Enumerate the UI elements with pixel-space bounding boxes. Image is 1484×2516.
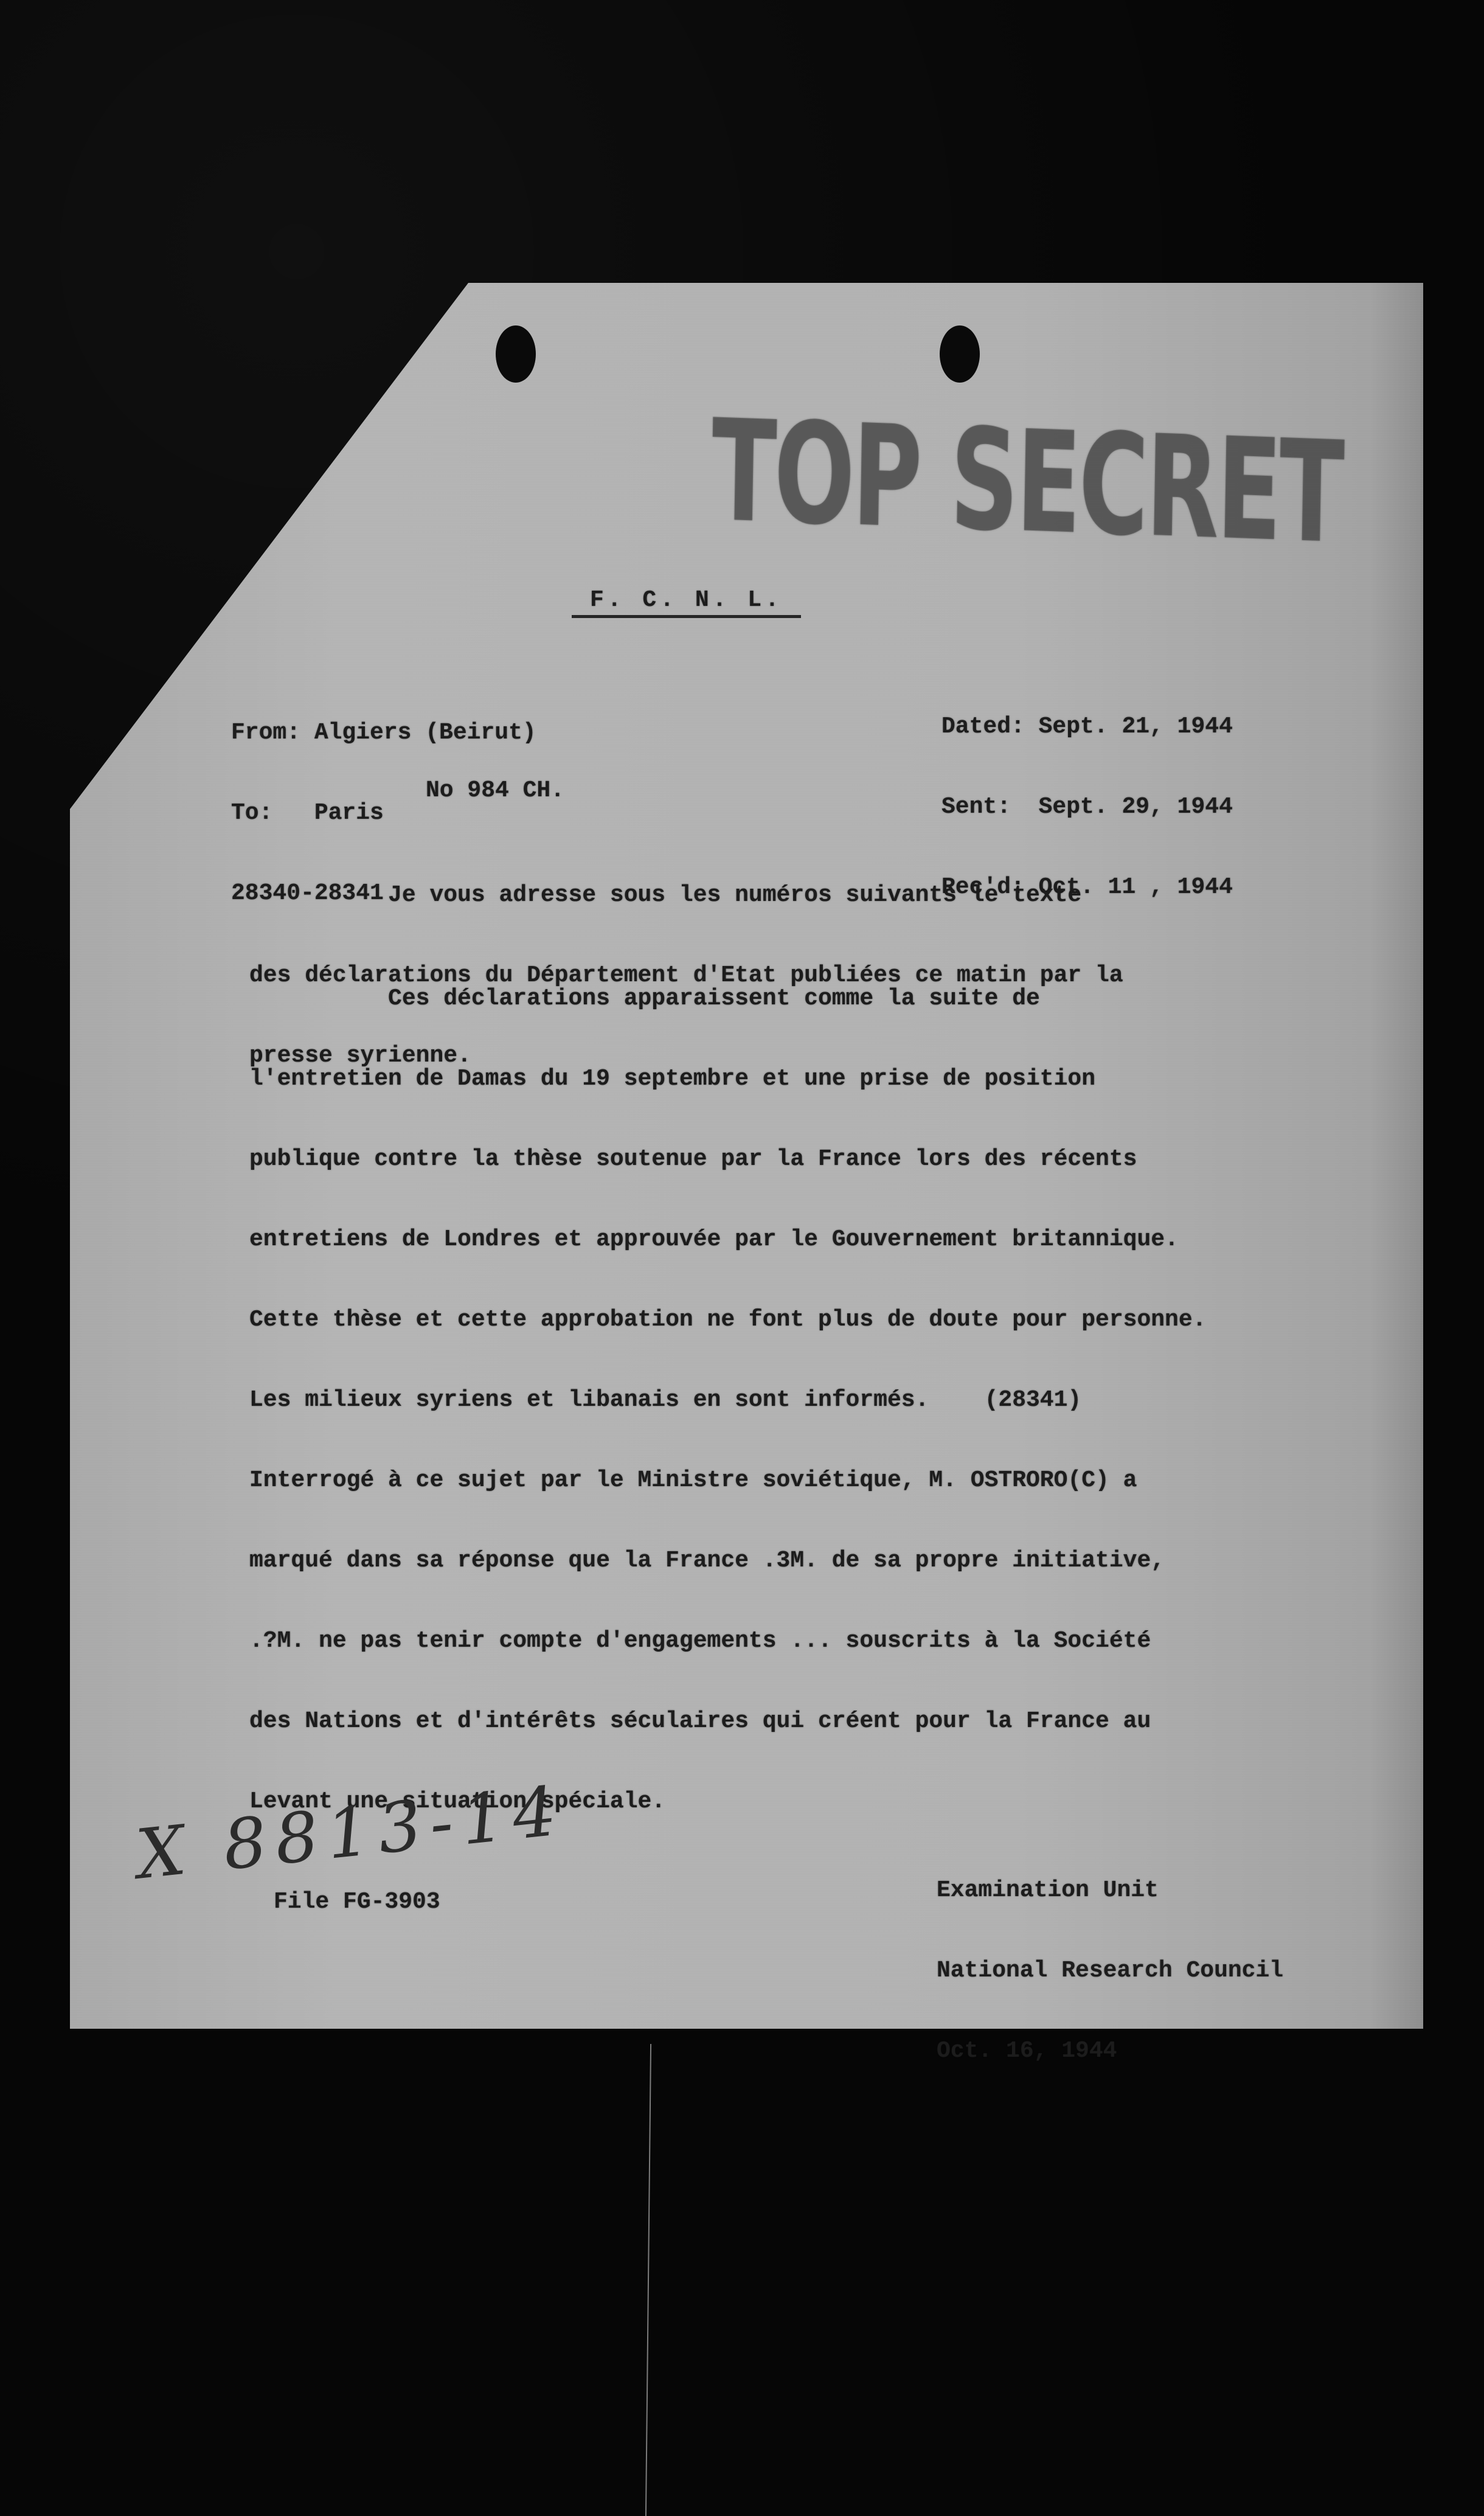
paragraph-line: Cette thèse et cette approbation ne font… — [249, 1307, 1206, 1333]
sent-line: Sent: Sept. 29, 1944 — [941, 794, 1233, 821]
paragraph-line: Ces déclarations apparaissent comme la s… — [249, 985, 1206, 1012]
punch-hole-left — [496, 325, 536, 383]
paragraph-line: .?M. ne pas tenir compte d'engagements .… — [249, 1628, 1206, 1655]
dated-line: Dated: Sept. 21, 1944 — [941, 714, 1233, 740]
punch-hole-right — [940, 325, 980, 383]
research-council: National Research Council — [937, 1958, 1283, 1984]
file-reference: File FG-3903 — [274, 1889, 440, 1916]
header-title: F. C. N. L. — [572, 587, 801, 618]
paragraph-line: marqué dans sa réponse que la France .3M… — [249, 1548, 1206, 1574]
paragraph-line: Je vous adresse sous les numéros suivant… — [249, 882, 1123, 909]
examination-block: Examination Unit National Research Counc… — [937, 1824, 1283, 2091]
paragraph-line: Interrogé à ce sujet par le Ministre sov… — [249, 1467, 1206, 1494]
examination-unit: Examination Unit — [937, 1877, 1283, 1904]
from-line: From: Algiers (Beirut) — [231, 720, 536, 746]
top-secret-stamp: TOP SECRET — [710, 401, 1343, 564]
paragraph-2: Ces déclarations apparaissent comme la s… — [249, 932, 1206, 1842]
paragraph-line: l'entretien de Damas du 19 septembre et … — [249, 1066, 1206, 1093]
paragraph-line: publique contre la thèse soutenue par la… — [249, 1146, 1206, 1173]
examination-date: Oct. 16, 1944 — [937, 2038, 1283, 2065]
paragraph-line: entretiens de Londres et approuvée par l… — [249, 1226, 1206, 1253]
message-number: No 984 CH. — [426, 777, 564, 804]
paragraph-line: des Nations et d'intérêts séculaires qui… — [249, 1708, 1206, 1735]
paragraph-line: Les milieux syriens et libanais en sont … — [249, 1387, 1206, 1414]
